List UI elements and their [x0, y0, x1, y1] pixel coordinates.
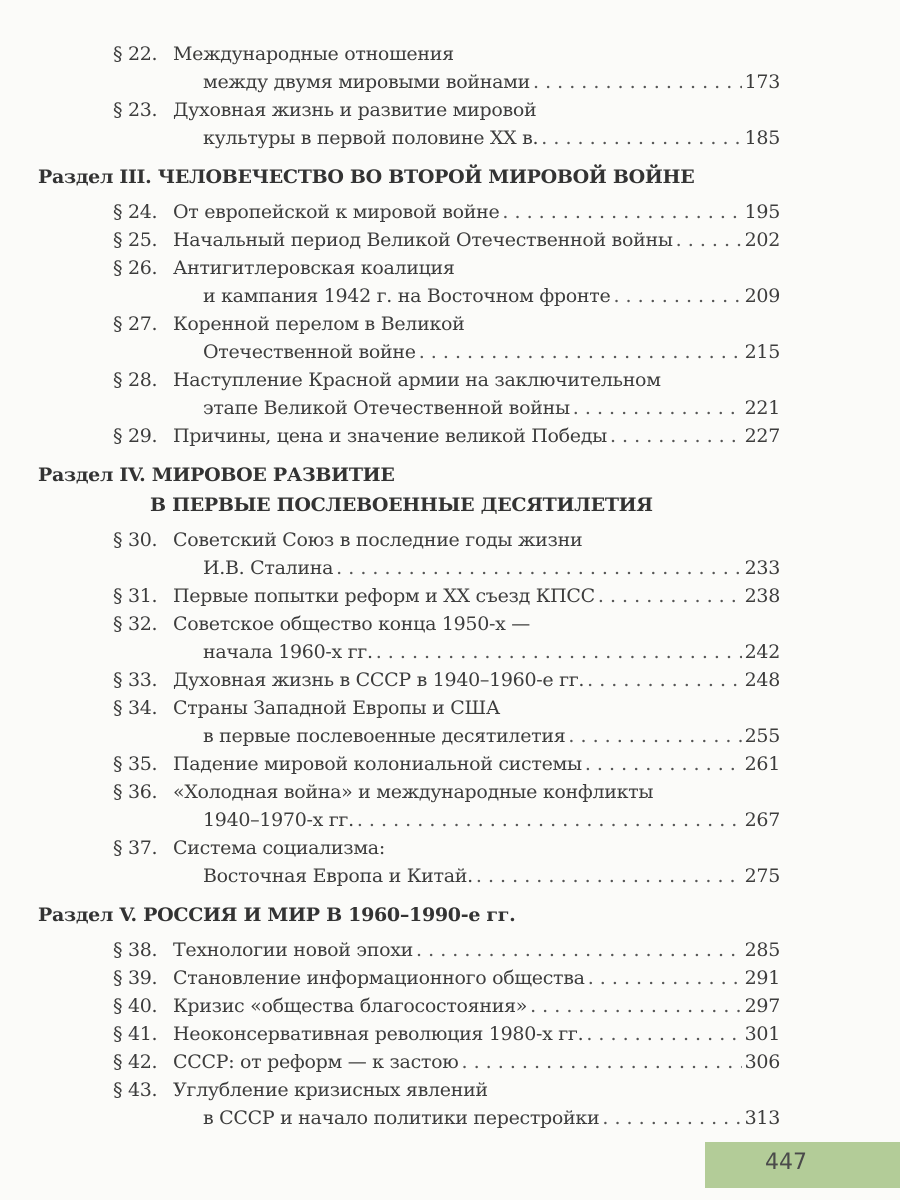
page-ref[interactable]: 173 [745, 68, 780, 96]
toc-entry[interactable]: § 29.Причины, цена и значение великой По… [38, 422, 780, 450]
dot-leader [530, 992, 742, 1020]
book-page: § 22.Международные отношениямежду двумя … [0, 0, 900, 1200]
page-ref[interactable]: 195 [745, 198, 780, 226]
page-ref[interactable]: 238 [745, 582, 780, 610]
toc-entry[interactable]: § 24.От европейской к мировой войне195 [38, 198, 780, 226]
toc-entry[interactable]: § 36.«Холодная война» и международные ко… [38, 778, 780, 834]
section-heading-line: Раздел IV. МИРОВОЕ РАЗВИТИЕ [38, 464, 395, 486]
dot-leader [602, 1104, 741, 1132]
paragraph-number: § 23. [113, 96, 157, 124]
entry-title: Советское общество конца 1950-х — [173, 610, 530, 638]
entry-title: Наступление Красной армии на заключитель… [173, 366, 661, 394]
page-ref[interactable]: 221 [745, 394, 780, 422]
entry-title: Коренной перелом в Великой [173, 310, 465, 338]
paragraph-number: § 24. [113, 198, 157, 226]
dot-leader [533, 68, 742, 96]
paragraph-number: § 40. [113, 992, 157, 1020]
entry-title: начала 1960-х гг. [203, 638, 373, 666]
section-heading-line: В ПЕРВЫЕ ПОСЛЕВОЕННЫЕ ДЕСЯТИЛЕТИЯ [38, 490, 780, 520]
toc-entry[interactable]: § 32.Советское общество конца 1950-х —на… [38, 610, 780, 666]
page-ref[interactable]: 275 [745, 862, 780, 890]
paragraph-number: § 26. [113, 254, 157, 282]
paragraph-number: § 41. [113, 1020, 157, 1048]
paragraph-number: § 27. [113, 310, 157, 338]
dot-leader [476, 862, 742, 890]
entry-title: между двумя мировыми войнами [203, 68, 530, 96]
page-ref[interactable]: 215 [745, 338, 780, 366]
toc-entry[interactable]: § 23.Духовная жизнь и развитие мировойку… [38, 96, 780, 152]
entry-title: Восточная Европа и Китай. [203, 862, 473, 890]
entry-title: «Холодная война» и международные конфлик… [173, 778, 653, 806]
section-heading: Раздел III. ЧЕЛОВЕЧЕСТВО ВО ВТОРОЙ МИРОВ… [38, 162, 780, 192]
dot-leader [357, 806, 742, 834]
page-ref[interactable]: 301 [745, 1020, 780, 1048]
entry-title: Углубление кризисных явлений [173, 1076, 488, 1104]
section-heading-line: Раздел III. ЧЕЛОВЕЧЕСТВО ВО ВТОРОЙ МИРОВ… [38, 166, 694, 188]
paragraph-number: § 43. [113, 1076, 157, 1104]
entry-title: Духовная жизнь в СССР в 1940–1960-е гг. [173, 666, 584, 694]
paragraph-number: § 30. [113, 526, 157, 554]
entry-title: этапе Великой Отечественной войны [203, 394, 570, 422]
entry-title: 1940–1970-х гг. [203, 806, 354, 834]
page-ref[interactable]: 267 [745, 806, 780, 834]
dot-leader [376, 638, 742, 666]
entry-title: в первые послевоенные десятилетия [203, 722, 565, 750]
page-ref[interactable]: 185 [745, 124, 780, 152]
entry-title: Становление информационного общества [173, 964, 585, 992]
page-ref[interactable]: 209 [745, 282, 780, 310]
dot-leader [416, 936, 742, 964]
entry-title: Неоконсервативная революция 1980-х гг. [173, 1020, 583, 1048]
paragraph-number: § 37. [113, 834, 157, 862]
entry-title: и кампания 1942 г. на Восточном фронте [203, 282, 610, 310]
toc-entry[interactable]: § 42.СССР: от реформ — к застою306 [38, 1048, 780, 1076]
paragraph-number: § 29. [113, 422, 157, 450]
paragraph-number: § 32. [113, 610, 157, 638]
entry-title: Начальный период Великой Отечественной в… [173, 226, 673, 254]
page-ref[interactable]: 202 [745, 226, 780, 254]
section-heading: Раздел V. РОССИЯ И МИР В 1960–1990-е гг. [38, 900, 780, 930]
page-ref[interactable]: 306 [745, 1048, 780, 1076]
dot-leader [586, 1020, 741, 1048]
paragraph-number: § 31. [113, 582, 157, 610]
entry-title: Международные отношения [173, 40, 454, 68]
page-ref[interactable]: 297 [745, 992, 780, 1020]
entry-title: культуры в первой половине XX в. [203, 124, 538, 152]
entry-title: Антигитлеровская коалиция [173, 254, 455, 282]
entry-title: Падение мировой колониальной системы [173, 750, 582, 778]
dot-leader [613, 282, 741, 310]
page-number: 447 [765, 1150, 807, 1175]
entry-title: И.В. Сталина [203, 554, 333, 582]
dot-leader [541, 124, 741, 152]
entry-title: Причины, цена и значение великой Победы [173, 422, 607, 450]
toc-entry[interactable]: § 38.Технологии новой эпохи285 [38, 936, 780, 964]
toc-entry[interactable]: § 28.Наступление Красной армии на заключ… [38, 366, 780, 422]
toc-entry[interactable]: § 30.Советский Союз в последние годы жиз… [38, 526, 780, 582]
page-ref[interactable]: 248 [745, 666, 780, 694]
paragraph-number: § 33. [113, 666, 157, 694]
paragraph-number: § 34. [113, 694, 157, 722]
dot-leader [598, 582, 742, 610]
toc-entry[interactable]: § 27.Коренной перелом в ВеликойОтечестве… [38, 310, 780, 366]
paragraph-number: § 39. [113, 964, 157, 992]
entry-title: Технологии новой эпохи [173, 936, 413, 964]
toc-entry[interactable]: § 33.Духовная жизнь в СССР в 1940–1960-е… [38, 666, 780, 694]
toc-entry[interactable]: § 31.Первые попытки реформ и XX съезд КП… [38, 582, 780, 610]
dot-leader [336, 554, 741, 582]
page-ref[interactable]: 285 [745, 936, 780, 964]
page-ref[interactable]: 261 [745, 750, 780, 778]
toc-entry[interactable]: § 25.Начальный период Великой Отечествен… [38, 226, 780, 254]
dot-leader [462, 1048, 742, 1076]
page-ref[interactable]: 291 [745, 964, 780, 992]
toc-entry[interactable]: § 35.Падение мировой колониальной систем… [38, 750, 780, 778]
dot-leader [573, 394, 742, 422]
toc-entry[interactable]: § 43.Углубление кризисных явленийв СССР … [38, 1076, 780, 1132]
entry-title: в СССР и начало политики перестройки [203, 1104, 599, 1132]
toc-entry[interactable]: § 39.Становление информационного обществ… [38, 964, 780, 992]
page-ref[interactable]: 313 [745, 1104, 780, 1132]
table-of-contents: § 22.Международные отношениямежду двумя … [38, 40, 780, 1132]
paragraph-number: § 38. [113, 936, 157, 964]
paragraph-number: § 36. [113, 778, 157, 806]
entry-title: Отечественной войне [203, 338, 416, 366]
toc-entry[interactable]: § 41.Неоконсервативная революция 1980-х … [38, 1020, 780, 1048]
entry-title: От европейской к мировой войне [173, 198, 499, 226]
entry-title: Страны Западной Европы и США [173, 694, 500, 722]
dot-leader [568, 722, 741, 750]
toc-entry[interactable]: § 22.Международные отношениямежду двумя … [38, 40, 780, 96]
toc-entry[interactable]: § 34.Страны Западной Европы и СШАв первы… [38, 694, 780, 750]
dot-leader [419, 338, 742, 366]
dot-leader [610, 422, 742, 450]
toc-entry[interactable]: § 40.Кризис «общества благосостояния»297 [38, 992, 780, 1020]
paragraph-number: § 35. [113, 750, 157, 778]
dot-leader [502, 198, 741, 226]
paragraph-number: § 28. [113, 366, 157, 394]
page-number-badge: 447 [705, 1142, 900, 1188]
paragraph-number: § 25. [113, 226, 157, 254]
entry-title: Духовная жизнь и развитие мировой [173, 96, 536, 124]
page-ref[interactable]: 255 [745, 722, 780, 750]
page-ref[interactable]: 233 [745, 554, 780, 582]
entry-title: Советский Союз в последние годы жизни [173, 526, 582, 554]
dot-leader [585, 750, 742, 778]
dot-leader [588, 964, 742, 992]
toc-entry[interactable]: § 26.Антигитлеровская коалицияи кампания… [38, 254, 780, 310]
paragraph-number: § 42. [113, 1048, 157, 1076]
page-ref[interactable]: 227 [745, 422, 780, 450]
toc-entry[interactable]: § 37.Система социализма:Восточная Европа… [38, 834, 780, 890]
section-heading: Раздел IV. МИРОВОЕ РАЗВИТИЕВ ПЕРВЫЕ ПОСЛ… [38, 460, 780, 520]
section-heading-line: Раздел V. РОССИЯ И МИР В 1960–1990-е гг. [38, 904, 515, 926]
entry-title: Кризис «общества благосостояния» [173, 992, 527, 1020]
dot-leader [587, 666, 742, 694]
entry-title: СССР: от реформ — к застою [173, 1048, 459, 1076]
entry-title: Система социализма: [173, 834, 385, 862]
entry-title: Первые попытки реформ и XX съезд КПСС [173, 582, 595, 610]
page-ref[interactable]: 242 [745, 638, 780, 666]
paragraph-number: § 22. [113, 40, 157, 68]
dot-leader [676, 226, 742, 254]
